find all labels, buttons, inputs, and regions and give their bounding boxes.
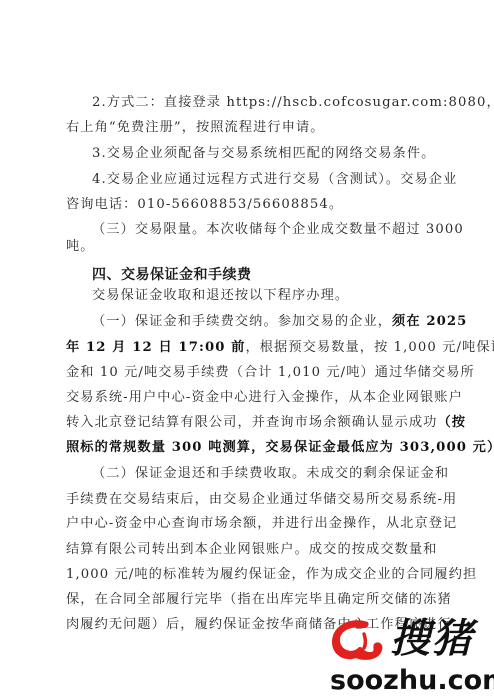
para2-line: 户中心-资金中心查询市场余额，并进行出金操作，从北京登记 xyxy=(66,515,428,533)
para2-line: （二）保证金退还和手续费收取。未成交的剩余保证金和 xyxy=(92,465,428,483)
para1-text: ，根据预交易数量，按 1,000 元/吨保证 xyxy=(245,340,494,355)
para1-line-4: 交易系统-用户中心-资金中心进行入金操作，从本企业网银账户 xyxy=(66,389,428,407)
deadline-bold: 须在 2025 xyxy=(392,314,467,329)
section-heading: 四、交易保证金和手续费 xyxy=(92,264,252,284)
document-page: 2.方式二：直接登录 https://hscb.cofcosugar.com:8… xyxy=(0,0,494,700)
para1-line-3: 金和 10 元/吨交易手续费（合计 1,010 元/吨）通过华储交易所 xyxy=(66,364,428,382)
para1-line-2: 年 12 月 12 日 17:00 前，根据预交易数量，按 1,000 元/吨保… xyxy=(66,339,428,357)
text-line: 2.方式二：直接登录 https://hscb.cofcosugar.com:8… xyxy=(92,94,428,112)
soozhu-logo-icon xyxy=(328,618,386,664)
para1-text: （一）保证金和手续费交纳。参加交易的企业， xyxy=(92,314,392,329)
intro-line: 交易保证金收取和退还按以下程序办理。 xyxy=(92,287,428,305)
text-line: 咨询电话：010-56608853/56608854。 xyxy=(66,196,428,214)
para1-text: 转入北京登记结算有限公司，并查询市场余额确认显示成功 xyxy=(66,415,437,430)
para1-line-1: （一）保证金和手续费交纳。参加交易的企业，须在 2025 xyxy=(92,313,428,331)
para2-line: 保，在合同全部履行完毕（指在出库完毕且确定所交储的冻猪 xyxy=(66,591,428,609)
soozhu-watermark: 搜猪 soozhu.com xyxy=(328,618,494,700)
brand-name-en: soozhu.com xyxy=(330,666,494,696)
brand-name-cn: 搜猪 xyxy=(390,614,474,664)
text-line: （三）交易限量。本次收储每个企业成交数量不超过 3000 xyxy=(92,221,428,239)
para1-line-6: 照标的常规数量 300 吨测算，交易保证金最低应为 303,000 元）。 xyxy=(66,439,428,457)
deadline-bold: 年 12 月 12 日 17:00 前 xyxy=(66,340,245,355)
text-line: 右上角“免费注册”，按照流程进行申请。 xyxy=(66,119,428,137)
para2-line: 1,000 元/吨的标准转为履约保证金，作为成交企业的合同履约担 xyxy=(66,566,428,584)
para2-line: 结算有限公司转出到本企业网银账户。成交的按成交数量和 xyxy=(66,541,428,559)
text-line: 4.交易企业应通过远程方式进行交易（含测试）。交易企业 xyxy=(92,171,428,189)
text-line: 吨。 xyxy=(66,238,428,256)
para2-line: 手续费在交易结束后，由交易企业通过华储交易所交易系统-用 xyxy=(66,491,428,509)
emphasis-bold: （按 xyxy=(437,415,466,430)
para1-line-5: 转入北京登记结算有限公司，并查询市场余额确认显示成功（按 xyxy=(66,414,428,432)
text-line: 3.交易企业须配备与交易系统相匹配的网络交易条件。 xyxy=(92,145,428,163)
